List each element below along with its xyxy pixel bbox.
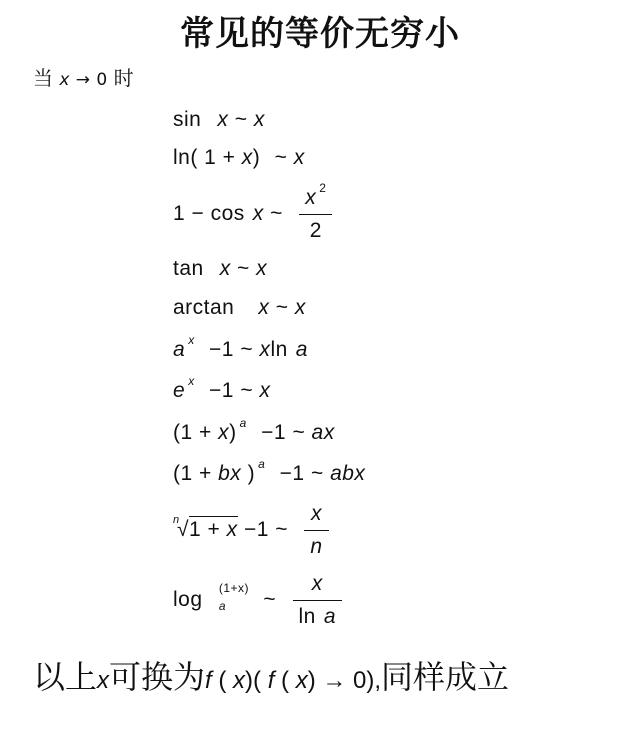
log-parts: (1+x) a [219,582,249,612]
minus-one: −1 [244,518,269,541]
minus-one: −1 [261,421,286,444]
numerator: x [293,572,343,600]
formula-ln: ln( 1 + x) ~ x [173,146,305,170]
footer-text: 同样成立 [381,658,509,696]
minus-one: −1 [280,462,305,485]
fraction: x lna [293,572,343,629]
log-base: a [219,600,249,612]
rhs: x [294,146,305,169]
fn-label: 1 − cos [173,202,245,225]
footer-arrow: → 0), [316,667,381,694]
minus-one: −1 [209,338,234,361]
exponent: x [188,333,195,347]
paren: )( [245,667,268,694]
base: e [173,379,185,402]
exponent: x [188,374,195,388]
denominator: 2 [299,214,332,243]
paren: ) [253,146,261,169]
fn-label: arctan [173,296,234,319]
formula-pow-a: (1 + x)a −1 ~ ax [173,421,335,445]
var: x [258,296,269,319]
footer-f: f [205,667,212,694]
denominator: lna [293,600,343,629]
formula-ax: ax −1 ~ xlna [173,338,308,362]
exponent: 2 [319,181,326,195]
footer-var: x [296,667,308,694]
formula-arctan: arctanx ~ x [173,296,306,320]
footer-var: x [233,667,245,694]
rhs: x [259,379,270,402]
paren: ) [308,667,316,694]
sim-symbol: ~ [240,379,253,402]
rhs: ax [312,421,335,444]
exponent: a [258,457,265,471]
var: x [242,146,253,169]
var: x [220,257,231,280]
minus-one: −1 [209,379,234,402]
sim-symbol: ~ [275,146,288,169]
fn-label: log [173,588,203,611]
fraction: x n [304,502,328,559]
var: x [253,202,264,225]
var: bx [218,462,241,485]
rhs-a: a [296,338,308,361]
limit-condition: 当 x → 0 时 [33,62,134,91]
var: x [218,421,229,444]
formula-pow-bx: (1 + bx )a −1 ~ abx [173,462,365,486]
rhs: x [295,296,306,319]
radicand: 1 + [189,518,227,541]
sim-symbol: ~ [270,202,283,225]
formula-nth-root: n√1 + x −1 ~ x n [173,502,329,559]
formula-tan: tanx ~ x [173,257,267,281]
condition-arrow: → [76,70,90,90]
root-index: n [173,514,180,526]
numerator: x [305,186,316,209]
open-paren: (1 + [173,462,218,485]
close-paren: ) [229,421,237,444]
base: a [173,338,185,361]
rhs-fn: ln [270,338,287,361]
sim-symbol: ~ [237,257,250,280]
var: x [217,108,228,131]
sim-symbol: ~ [240,338,253,361]
formula-log: log (1+x) a ~ x lna [173,572,342,629]
rhs-var: x [259,338,270,361]
formula-ex: ex −1 ~ x [173,379,270,403]
sim-symbol: ~ [275,518,288,541]
radicand-var: x [227,518,238,541]
rhs: abx [330,462,365,485]
rhs: x [256,257,267,280]
fraction: x2 2 [299,186,332,243]
footer-text: 以上 [33,658,97,696]
numerator: x [304,502,328,530]
den-var: a [324,605,336,628]
exponent: a [240,416,247,430]
fn-label: ln( 1 + [173,146,242,169]
rhs: x [254,108,265,131]
log-argument: (1+x) [219,582,249,594]
formula-sin: sinx ~ x [173,108,265,132]
footer-var: x [97,667,109,694]
sim-symbol: ~ [311,462,324,485]
condition-variable: x [59,70,69,90]
condition-suffix: 时 [114,66,134,90]
paren: ( [212,667,233,694]
footer-text: 可换为 [109,658,205,696]
open-paren: (1 + [173,421,218,444]
sim-symbol: ~ [263,588,276,611]
condition-limit: 0 [96,70,107,90]
condition-prefix: 当 [33,66,53,90]
page-title: 常见的等价无穷小 [0,6,640,55]
denominator: n [304,530,328,559]
fn-label: sin [173,108,201,131]
sim-symbol: ~ [235,108,248,131]
den-fn: ln [299,605,316,628]
fn-label: tan [173,257,204,280]
radical: n√1 + x [173,518,238,542]
footer-note: 以上x可换为f ( x)( f ( x) → 0),同样成立 [33,652,509,698]
close-paren: ) [241,462,255,485]
sim-symbol: ~ [292,421,305,444]
formula-cos: 1 − cosx ~ x2 2 [173,186,332,243]
paren: ( [274,667,295,694]
sim-symbol: ~ [276,296,289,319]
